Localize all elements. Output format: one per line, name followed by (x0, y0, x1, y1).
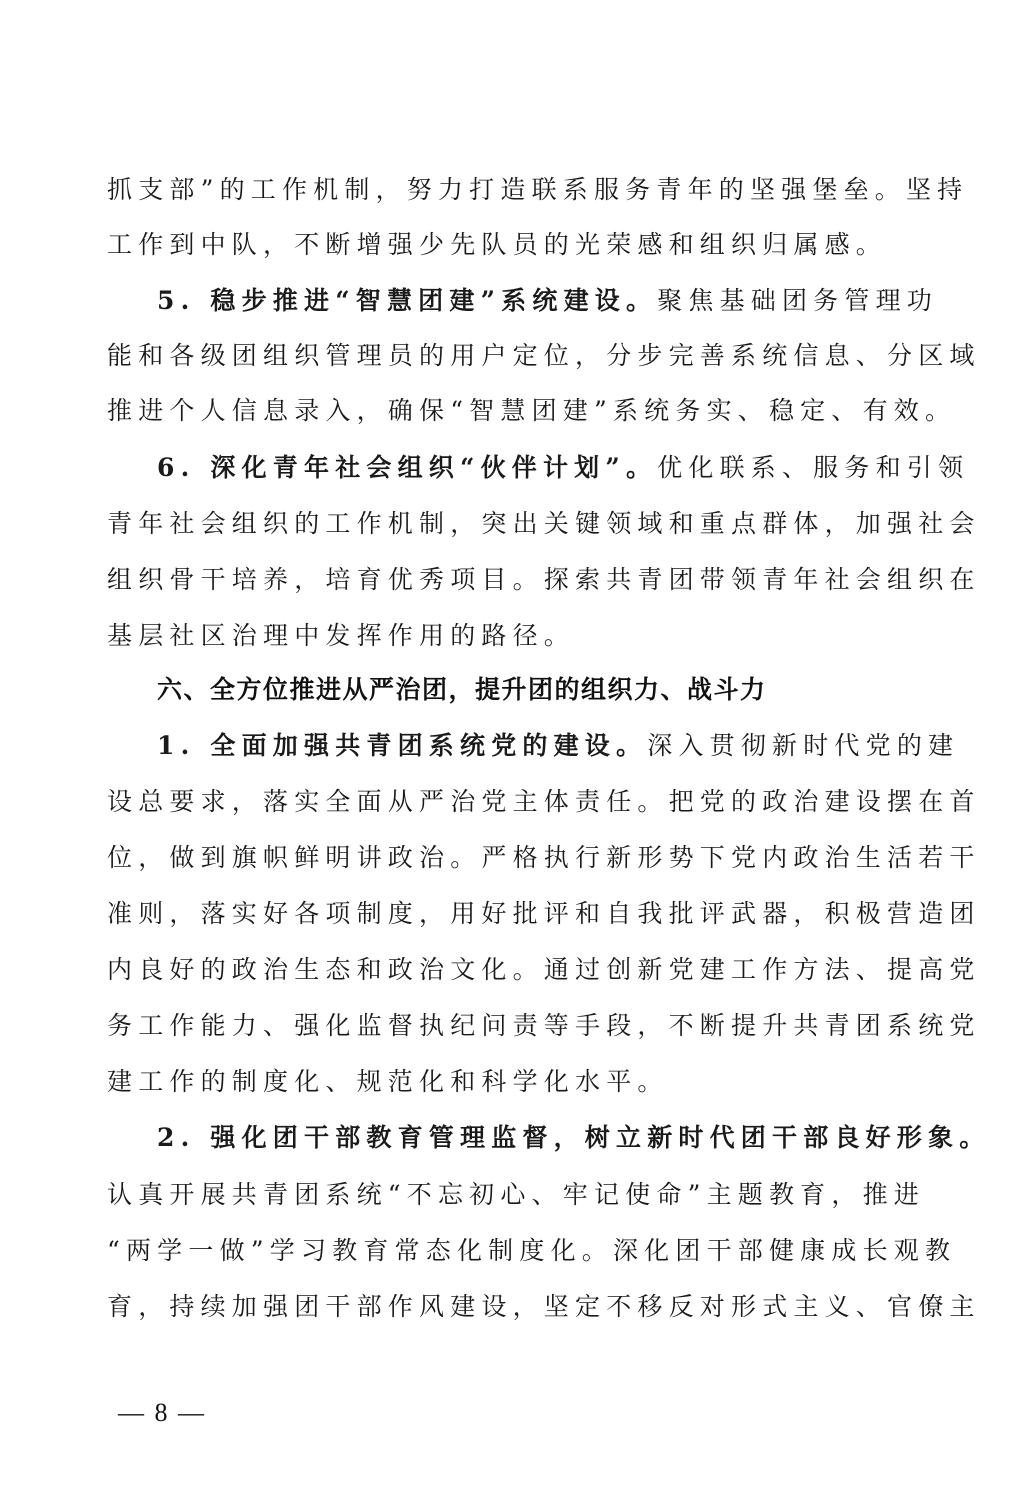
body-line: 育，持续加强团干部作风建设，坚定不移反对形式主义、官僚主 (107, 1292, 897, 1322)
body-line: 内良好的政治生态和政治文化。通过创新党建工作方法、提高党 (107, 955, 897, 985)
body-line: 基层社区治理中发挥作用的路径。 (107, 621, 897, 651)
item-1-title: 1. 全面加强共青团系统党的建设。 (157, 731, 647, 760)
item-2-title: 2. 强化团干部教育管理监督，树立新时代团干部良好形象。 (157, 1123, 990, 1152)
item-5-title: 5. 稳步推进“智慧团建”系统建设。 (157, 286, 657, 315)
body-line: 青年社会组织的工作机制，突出关键领域和重点群体，加强社会 (107, 509, 897, 539)
page-number: — 8 — (118, 1398, 206, 1428)
body-line: 建工作的制度化、规范化和科学化水平。 (107, 1067, 897, 1097)
item-6-line: 6. 深化青年社会组织“伙伴计划”。优化联系、服务和引领 (157, 453, 897, 483)
body-line: 能和各级团组织管理员的用户定位，分步完善系统信息、分区域 (107, 341, 897, 371)
item-6-title: 6. 深化青年社会组织“伙伴计划”。 (157, 453, 657, 482)
item-5-line: 5. 稳步推进“智慧团建”系统建设。聚焦基础团务管理功 (157, 286, 897, 316)
item-1-line: 1. 全面加强共青团系统党的建设。深入贯彻新时代党的建 (157, 731, 897, 761)
body-line: 准则，落实好各项制度，用好批评和自我批评武器，积极营造团 (107, 899, 897, 929)
body-line: 设总要求，落实全面从严治党主体责任。把党的政治建设摆在首 (107, 787, 897, 817)
body-line: 组织骨干培养，培育优秀项目。探索共青团带领青年社会组织在 (107, 565, 897, 595)
body-line: “两学一做”学习教育常态化制度化。深化团干部健康成长观教 (107, 1236, 897, 1266)
body-line: 位，做到旗帜鲜明讲政治。严格执行新形势下党内政治生活若干 (107, 843, 897, 873)
body-line: 务工作能力、强化监督执纪问责等手段，不断提升共青团系统党 (107, 1011, 897, 1041)
body-line: 工作到中队，不断增强少先队员的光荣感和组织归属感。 (107, 230, 897, 260)
item-2-line: 2. 强化团干部教育管理监督，树立新时代团干部良好形象。 (157, 1123, 897, 1153)
body-line: 抓支部”的工作机制，努力打造联系服务青年的坚强堡垒。坚持 (107, 175, 897, 205)
body-line: 推进个人信息录入，确保“智慧团建”系统务实、稳定、有效。 (107, 396, 897, 426)
body-line: 认真开展共青团系统“不忘初心、牢记使命”主题教育，推进 (107, 1180, 897, 1210)
section-heading-6: 六、全方位推进从严治团，提升团的组织力、战斗力 (157, 675, 767, 705)
document-page: 抓支部”的工作机制，努力打造联系服务青年的坚强堡垒。坚持 工作到中队，不断增强少… (0, 0, 1010, 1488)
